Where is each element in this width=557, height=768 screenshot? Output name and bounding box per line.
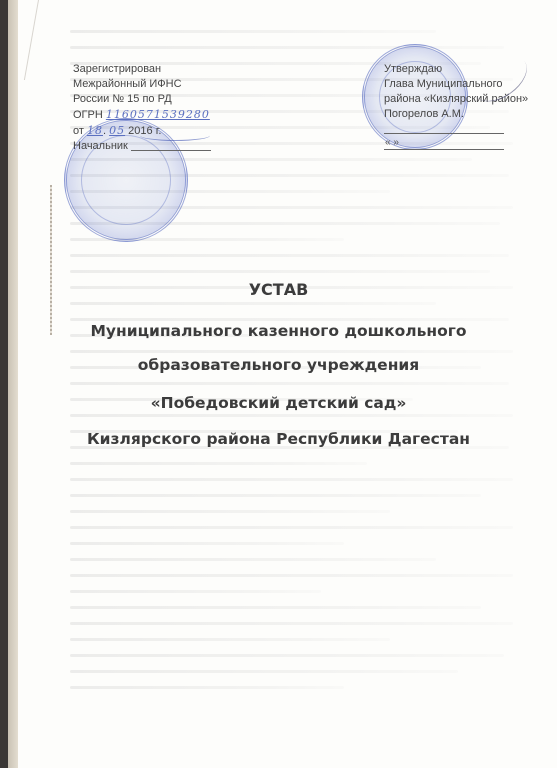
title-line-3: «Победовский детский сад» bbox=[0, 394, 557, 412]
date-day: 18 bbox=[87, 124, 103, 137]
page-fold-line bbox=[24, 0, 39, 80]
chief-signature bbox=[131, 150, 211, 151]
approval-signature-line bbox=[384, 133, 504, 134]
registration-line-1: Зарегистрирован bbox=[73, 62, 211, 77]
binding-fold bbox=[8, 0, 18, 768]
registration-line-2: Межрайонный ИФНС bbox=[73, 77, 211, 92]
title-line-4: Кизлярского района Республики Дагестан bbox=[0, 430, 557, 448]
registration-line-3: России № 15 по РД bbox=[73, 92, 211, 107]
chief-signature-scribble bbox=[140, 130, 210, 141]
binding-edge bbox=[0, 0, 8, 768]
binding-thread bbox=[50, 185, 52, 335]
title-line-1: Муниципального казенного дошкольного bbox=[0, 322, 557, 340]
ogrn-value: 1160571539280 bbox=[106, 108, 210, 121]
chief-row: Начальник bbox=[73, 139, 211, 154]
title-line-2: образовательного учреждения bbox=[0, 356, 557, 374]
date-month: 05 bbox=[109, 124, 125, 137]
document-heading: УСТАВ bbox=[0, 280, 557, 299]
approval-date-line bbox=[384, 149, 504, 150]
approval-line-4: Погорелов А.М. bbox=[384, 107, 528, 122]
chief-label: Начальник bbox=[73, 140, 128, 152]
ogrn-label: ОГРН bbox=[73, 109, 103, 121]
date-prefix: от bbox=[73, 125, 84, 137]
ogrn-row: ОГРН 1160571539280 bbox=[73, 107, 211, 123]
approval-date: « » bbox=[385, 137, 399, 148]
